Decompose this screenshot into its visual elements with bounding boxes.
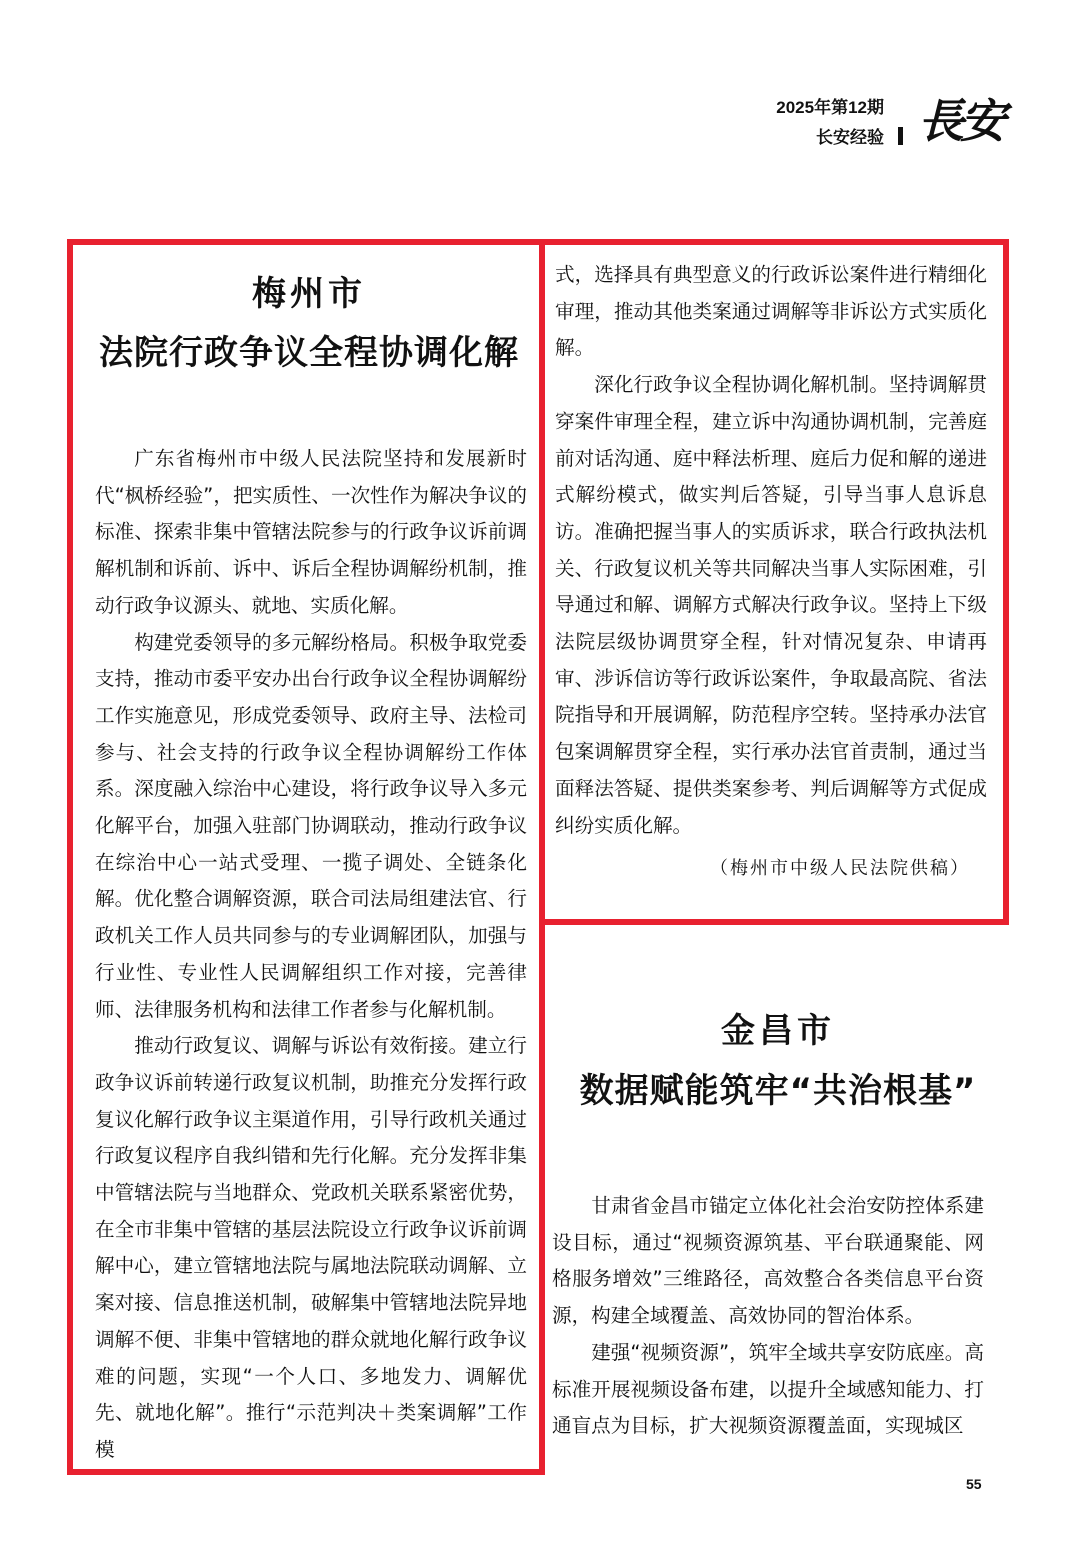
- paragraph: 建强“视频资源”，筑牢全域共享安防底座。高标准开展视频设备布建，以提升全域感知能…: [552, 1335, 984, 1445]
- issue-label: 2025年第12期: [776, 93, 884, 118]
- article1-title: 法院行政争议全程协调化解: [73, 325, 545, 374]
- article1-city: 梅州市: [73, 266, 545, 315]
- paragraph: 式，选择具有典型意义的行政诉讼案件进行精细化审理，推动其他类案通过调解等非诉讼方…: [555, 257, 987, 367]
- paragraph: 构建党委领导的多元解纷格局。积极争取党委支持，推动市委平安办出台行政争议全程协调…: [95, 625, 527, 1029]
- page-header: 2025年第12期 长安经验 長安: [762, 93, 1002, 153]
- magazine-logo: 長安: [918, 85, 1002, 151]
- section-label: 长安经验: [816, 123, 884, 148]
- page-number: 55: [966, 1476, 982, 1492]
- paragraph: 甘肃省金昌市锚定立体化社会治安防控体系建设目标，通过“视频资源筑基、平台联通聚能…: [552, 1188, 984, 1335]
- article1-right-column: 式，选择具有典型意义的行政诉讼案件进行精细化审理，推动其他类案通过调解等非诉讼方…: [555, 257, 987, 844]
- article2-column: 甘肃省金昌市锚定立体化社会治安防控体系建设目标，通过“视频资源筑基、平台联通聚能…: [552, 1188, 984, 1445]
- article2-title: 数据赋能筑牢“共治根基”: [545, 1063, 1011, 1112]
- article2-city: 金昌市: [545, 1003, 1011, 1052]
- paragraph: 广东省梅州市中级人民法院坚持和发展新时代“枫桥经验”，把实质性、一次性作为解决争…: [95, 441, 527, 625]
- separator-bar: [898, 127, 903, 145]
- paragraph: 深化行政争议全程协调化解机制。坚持调解贯穿案件审理全程，建立诉中沟通协调机制，完…: [555, 367, 987, 844]
- article1-credit: （梅州市中级人民法院供稿）: [710, 854, 970, 880]
- article1-left-column: 广东省梅州市中级人民法院坚持和发展新时代“枫桥经验”，把实质性、一次性作为解决争…: [95, 441, 527, 1469]
- paragraph: 推动行政复议、调解与诉讼有效衔接。建立行政争议诉前转递行政复议机制，助推充分发挥…: [95, 1028, 527, 1468]
